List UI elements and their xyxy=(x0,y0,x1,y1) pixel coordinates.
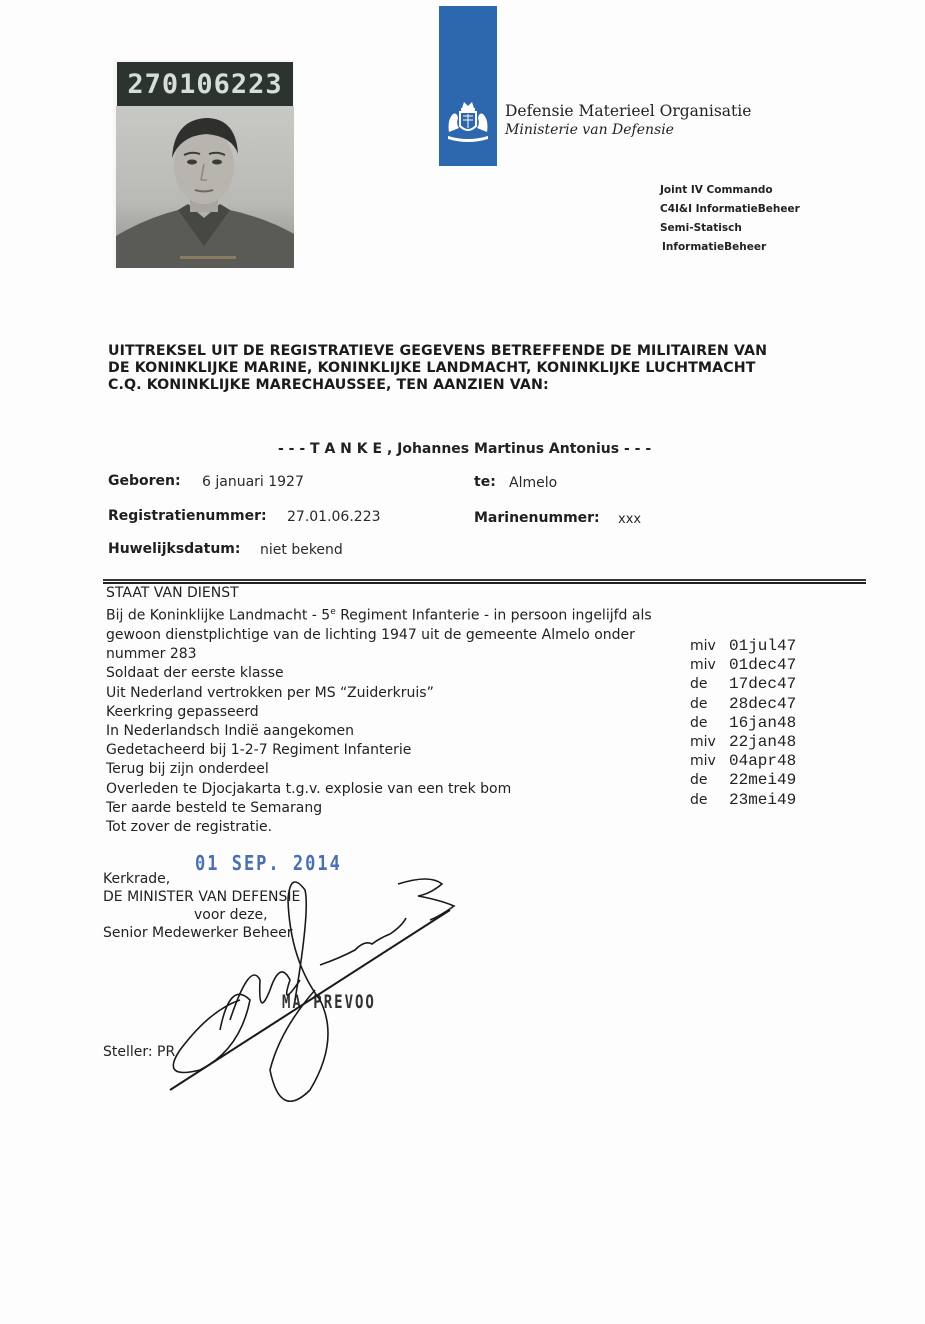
date-value: 22mei49 xyxy=(729,771,796,789)
date-prefix: miv xyxy=(690,637,729,656)
department-line-3: Semi-Statisch xyxy=(660,222,742,234)
service-entry: Terug bij zijn onderdeel xyxy=(106,760,686,779)
date-prefix: miv xyxy=(690,656,729,675)
service-intro-part: Bij de Koninklijke Landmacht - 5 xyxy=(106,608,330,624)
date-value: 01jul47 xyxy=(729,637,796,655)
department-line-2: C4I&I InformatieBeheer xyxy=(660,203,800,215)
service-entry: Keerkring gepasseerd xyxy=(106,703,686,722)
service-title: STAAT VAN DIENST xyxy=(106,584,686,603)
signoff-authority: DE MINISTER VAN DEFENSIE xyxy=(103,889,300,905)
date-stamp: 01 SEP. 2014 xyxy=(195,852,342,876)
service-closing: Tot zover de registratie. xyxy=(106,818,686,837)
name-stamp: MA PREVOO xyxy=(282,993,376,1014)
service-date-row: de23mei49 xyxy=(690,791,796,810)
signoff-on-behalf: voor deze, xyxy=(194,907,268,923)
date-value: 01dec47 xyxy=(729,656,796,674)
born-label: Geboren: xyxy=(108,473,181,489)
service-date-row: miv01jul47 xyxy=(690,637,796,656)
date-value: 04apr48 xyxy=(729,752,796,770)
service-date-row: de16jan48 xyxy=(690,714,796,733)
date-value: 28dec47 xyxy=(729,695,796,713)
service-date-row: de28dec47 xyxy=(690,695,796,714)
document-heading: UITTREKSEL UIT DE REGISTRATIEVE GEGEVENS… xyxy=(108,343,768,394)
signoff-role: Senior Medewerker Beheer xyxy=(103,925,293,941)
date-value: 16jan48 xyxy=(729,714,796,732)
registration-value: 27.01.06.223 xyxy=(287,509,381,525)
service-date-row: miv22jan48 xyxy=(690,733,796,752)
service-date-row: miv01dec47 xyxy=(690,656,796,675)
department-line-4: InformatieBeheer xyxy=(662,241,766,253)
service-entry: Gedetacheerd bij 1-2-7 Regiment Infanter… xyxy=(106,741,686,760)
date-prefix: miv xyxy=(690,752,729,771)
portrait-image xyxy=(116,106,294,268)
divider-line xyxy=(103,579,866,581)
service-entry: Ter aarde besteld te Semarang xyxy=(106,799,686,818)
author-initials: Steller: PR xyxy=(103,1044,175,1060)
registration-label: Registratienummer: xyxy=(108,508,267,524)
marriage-label: Huwelijksdatum: xyxy=(108,541,240,557)
date-prefix: de xyxy=(690,695,729,714)
service-date-row: de17dec47 xyxy=(690,675,796,694)
marriage-value: niet bekend xyxy=(260,542,343,558)
service-entry: In Nederlandsch Indië aangekomen xyxy=(106,722,686,741)
service-dates: miv01jul47miv01dec47de17dec47de28dec47de… xyxy=(690,637,796,810)
date-prefix: de xyxy=(690,791,729,810)
date-prefix: miv xyxy=(690,733,729,752)
marine-number-label: Marinenummer: xyxy=(474,510,600,526)
service-entry: Soldaat der eerste klasse xyxy=(106,664,686,683)
service-record: STAAT VAN DIENST Bij de Koninklijke Land… xyxy=(106,584,686,837)
marine-number-value: xxx xyxy=(618,512,641,527)
place-label: te: xyxy=(474,474,496,490)
service-intro: Bij de Koninklijke Landmacht - 5e Regime… xyxy=(106,603,686,664)
date-value: 17dec47 xyxy=(729,675,796,693)
service-entries: Soldaat der eerste klasseUit Nederland v… xyxy=(106,664,686,818)
born-value: 6 januari 1927 xyxy=(202,474,304,490)
service-entry: Overleden te Djocjakarta t.g.v. explosie… xyxy=(106,780,686,799)
logo-bar xyxy=(439,6,497,166)
signoff-place: Kerkrade, xyxy=(103,871,170,887)
department-line-1: Joint IV Commando xyxy=(660,184,773,196)
date-prefix: de xyxy=(690,714,729,733)
service-entry: Uit Nederland vertrokken per MS “Zuiderk… xyxy=(106,684,686,703)
service-date-row: miv04apr48 xyxy=(690,752,796,771)
ministry-name: Ministerie van Defensie xyxy=(505,122,674,138)
royal-coat-of-arms-icon xyxy=(445,98,491,148)
person-name: - - - T A N K E , Johannes Martinus Anto… xyxy=(278,441,651,457)
date-prefix: de xyxy=(690,771,729,790)
registration-plate: 270106223 xyxy=(117,62,293,106)
date-value: 23mei49 xyxy=(729,791,796,809)
organisation-name: Defensie Materieel Organisatie xyxy=(505,102,751,120)
handwritten-signature xyxy=(140,870,470,1110)
service-date-row: de22mei49 xyxy=(690,771,796,790)
date-value: 22jan48 xyxy=(729,733,796,751)
place-value: Almelo xyxy=(509,475,557,491)
date-prefix: de xyxy=(690,675,729,694)
